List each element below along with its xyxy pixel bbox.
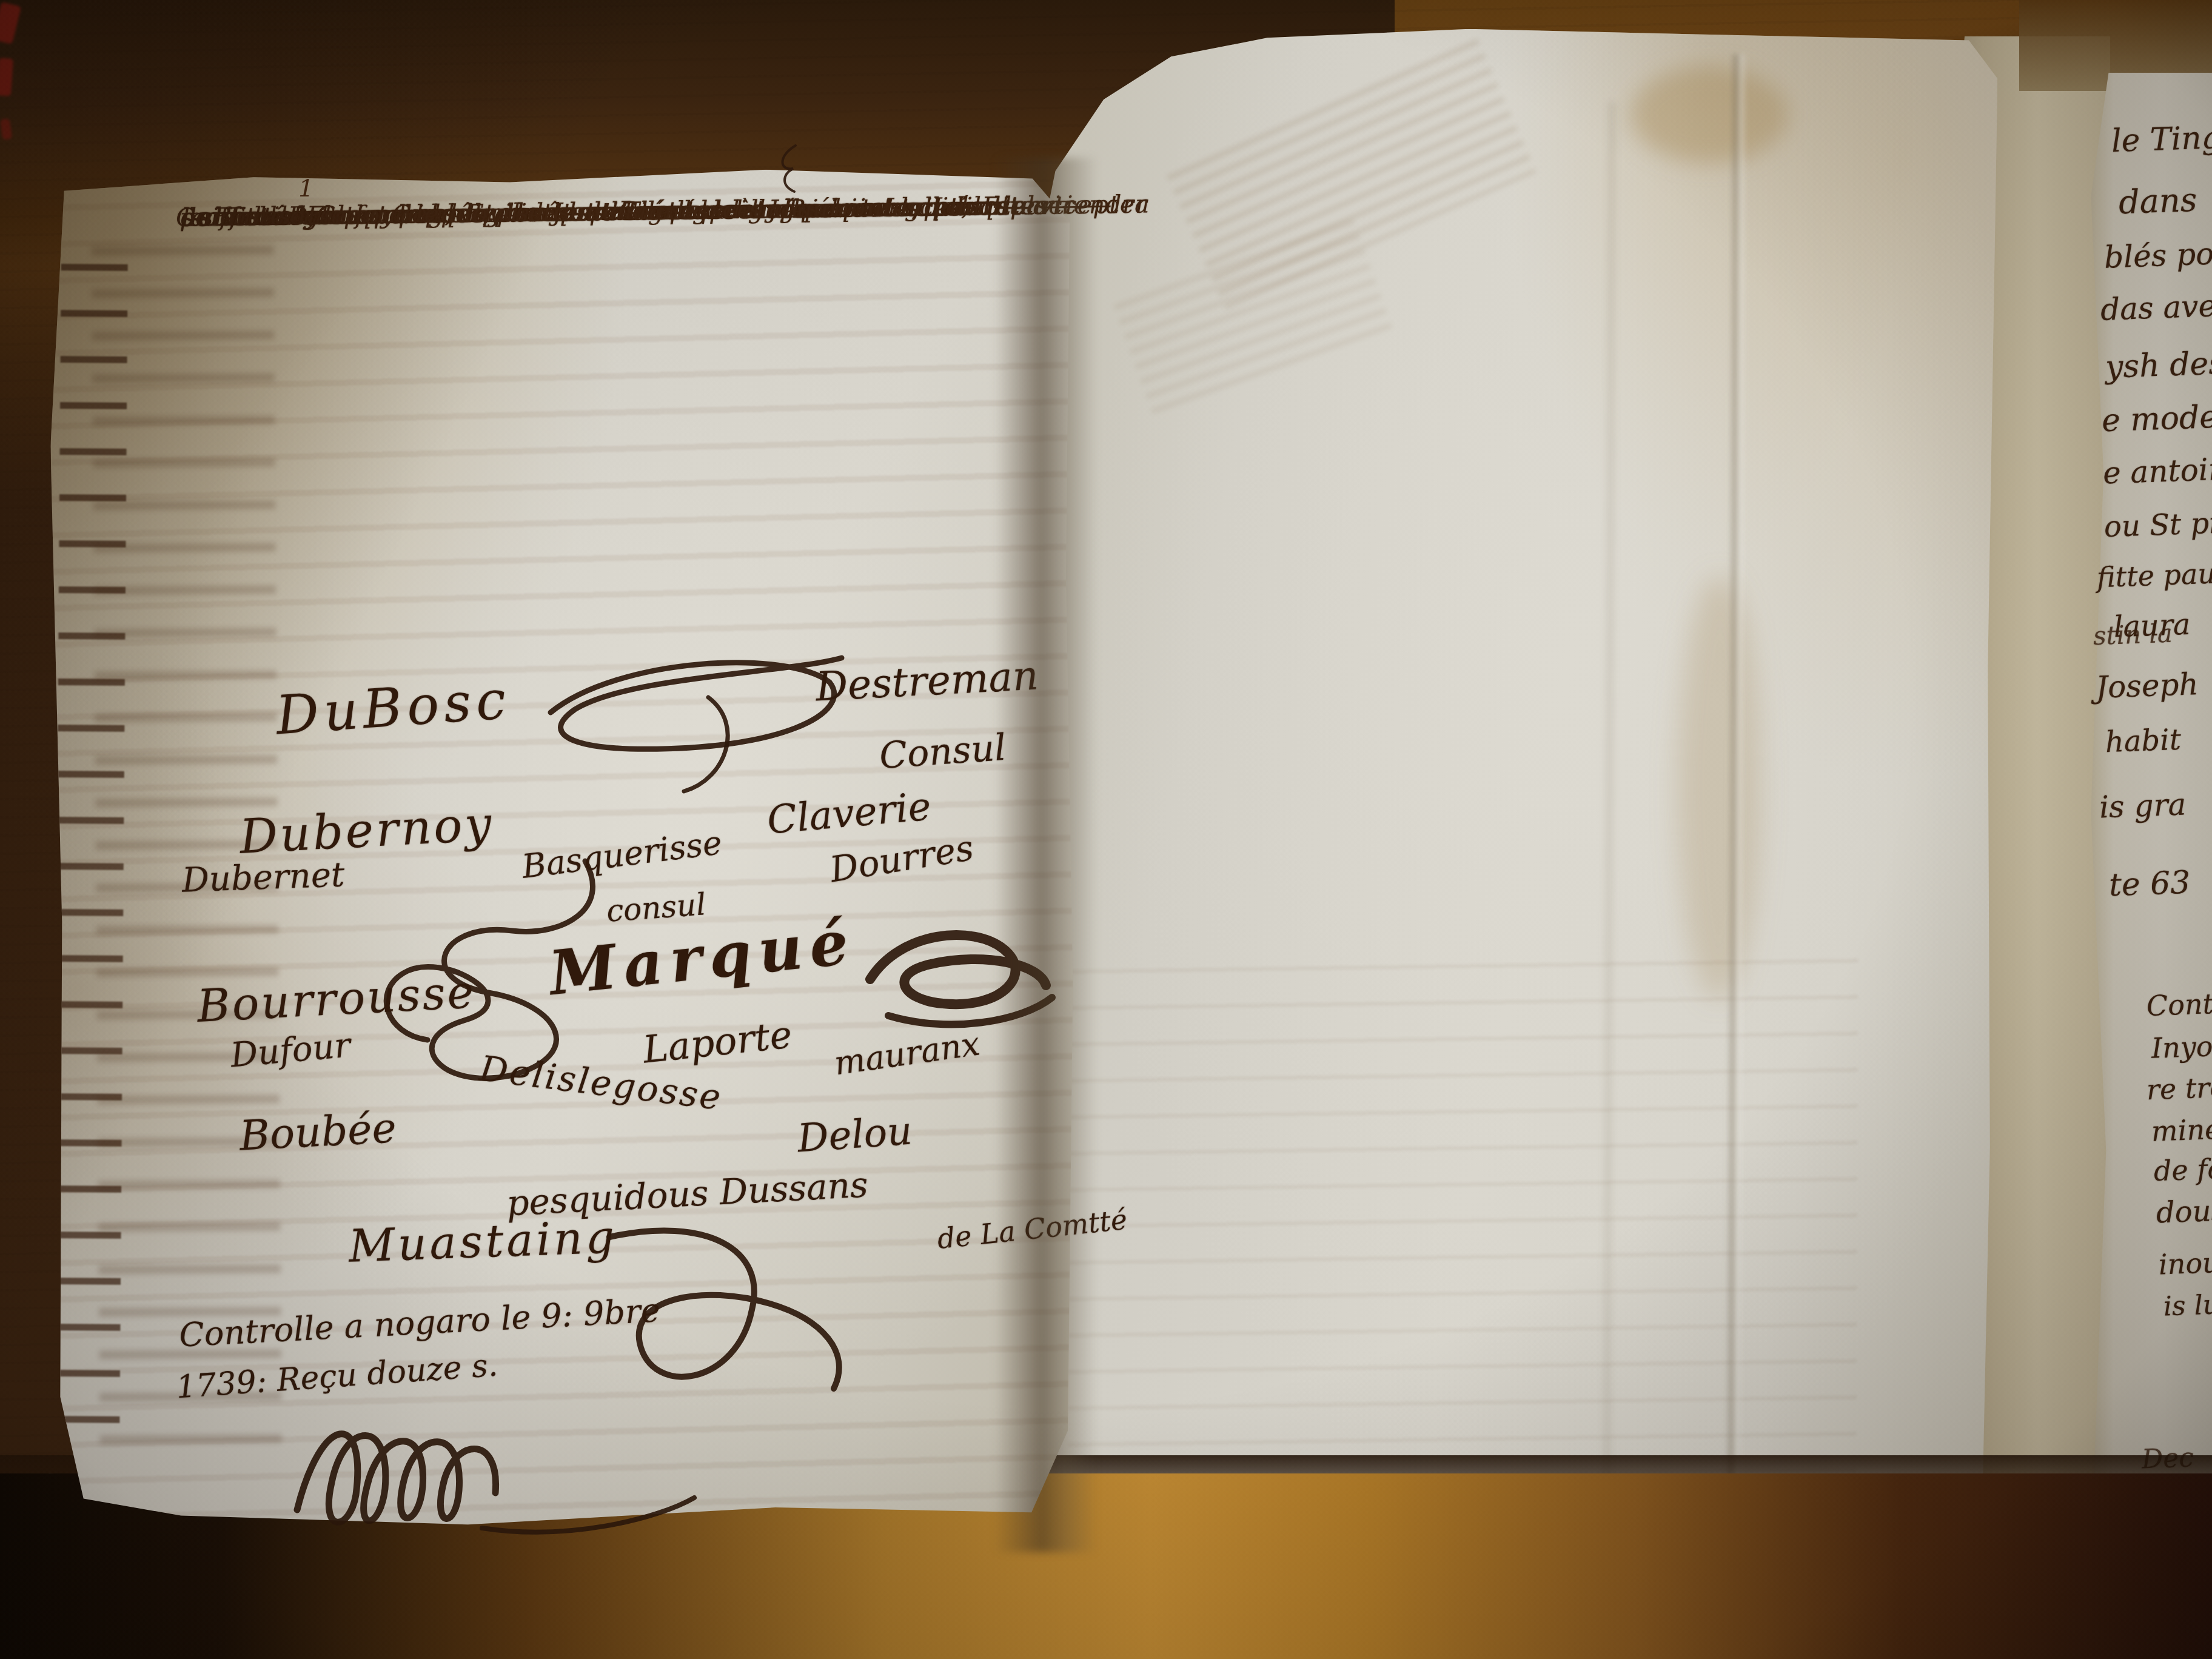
strip-text-fragment: inoute xyxy=(2158,1245,2212,1281)
strip-text-fragment: ysh desh xyxy=(2105,344,2212,386)
strip-text-fragment: e antoin xyxy=(2102,451,2212,491)
strip-text-fragment: das aveu xyxy=(2100,287,2212,327)
strip-text-fragment: Inyo xyxy=(2151,1030,2212,1065)
book-gutter-shadow xyxy=(994,158,1098,1552)
strip-text-fragment: dans xyxy=(2118,181,2197,221)
signature-delou: Delou xyxy=(796,1108,914,1161)
strip-text-fragment: de fol xyxy=(2153,1152,2212,1188)
strip-text-fragment: fitte pau xyxy=(2096,557,2212,594)
strip-text-fragment: blés pou xyxy=(2103,235,2212,275)
registrar-paraph xyxy=(282,1382,706,1552)
strip-text-fragment: re tro xyxy=(2146,1071,2212,1107)
act-body-text: De la personne de Jean Taste de la Broqu… xyxy=(176,188,1031,660)
strip-text-fragment: e modern xyxy=(2101,398,2212,440)
strip-text-fragment: minere xyxy=(2151,1111,2212,1148)
pen-squiggle-mark xyxy=(769,141,811,198)
strip-text-fragment: Joseph xyxy=(2095,666,2199,705)
photo-of-manuscript: le Ting dans blés pou das aveu ysh desh … xyxy=(0,0,2212,1659)
strip-text-fragment: douse xyxy=(2156,1193,2212,1230)
strip-text-fragment: Cont xyxy=(2146,987,2212,1022)
signature-destreman-title: Consul xyxy=(878,726,1008,777)
strip-text-fragment: te 63 xyxy=(2108,865,2191,904)
strip-text-fragment: is gra xyxy=(2099,787,2187,825)
strip-text-fragment: habit xyxy=(2105,723,2182,759)
signature-dubernet: Dubernet xyxy=(181,855,346,900)
strip-text-fragment: le Ting xyxy=(2111,119,2212,159)
strip-text-fragment: ou St pi xyxy=(2103,506,2212,545)
strip-text-fragment: is lu xyxy=(2163,1289,2212,1322)
paper-stain xyxy=(1676,575,1762,1000)
paper-stain xyxy=(1631,66,1789,164)
signature-boubee: Boubée xyxy=(238,1104,397,1160)
right-page xyxy=(1031,27,1997,1626)
strip-text-fragment: stin la xyxy=(2093,618,2173,651)
